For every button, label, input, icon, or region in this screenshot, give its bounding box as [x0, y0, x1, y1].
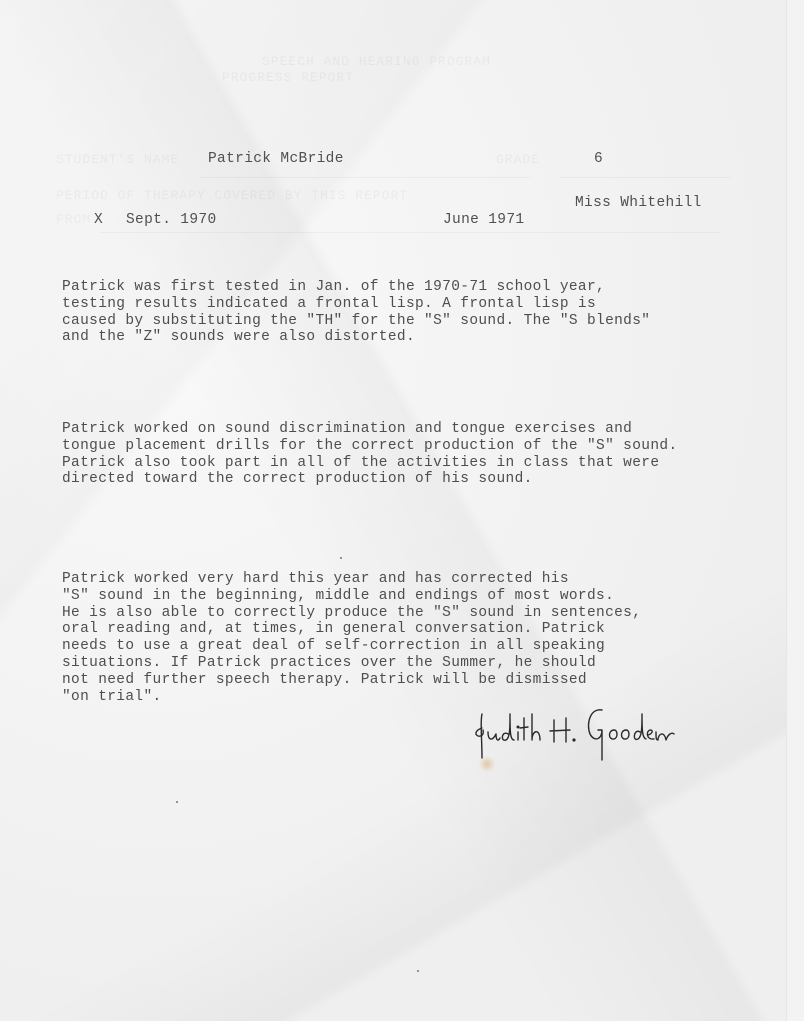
period-marker: X	[94, 212, 103, 229]
bleed-rule	[100, 232, 720, 233]
bleed-rule	[200, 177, 530, 178]
paper-stain	[478, 756, 496, 772]
signature-scribble-icon	[470, 700, 680, 762]
paragraph-progress: Patrick worked very hard this year and h…	[62, 571, 782, 705]
scan-edge-strip	[786, 0, 804, 1021]
paper-speck	[417, 970, 419, 972]
period-from: Sept. 1970	[126, 212, 217, 229]
period-to: June 1971	[443, 212, 524, 229]
paper-sheet	[0, 0, 786, 1021]
paper-speck	[176, 801, 178, 803]
paragraph-therapy: Patrick worked on sound discrimination a…	[62, 421, 782, 488]
bleed-rule	[560, 177, 730, 178]
grade-value: 6	[594, 151, 603, 168]
student-name: Patrick McBride	[208, 151, 344, 168]
signature: Judith H. Gooden	[470, 700, 680, 762]
paragraph-diagnosis: Patrick was first tested in Jan. of the …	[62, 279, 782, 346]
paper-speck	[340, 557, 342, 559]
teacher-name: Miss Whitehill	[575, 195, 702, 212]
